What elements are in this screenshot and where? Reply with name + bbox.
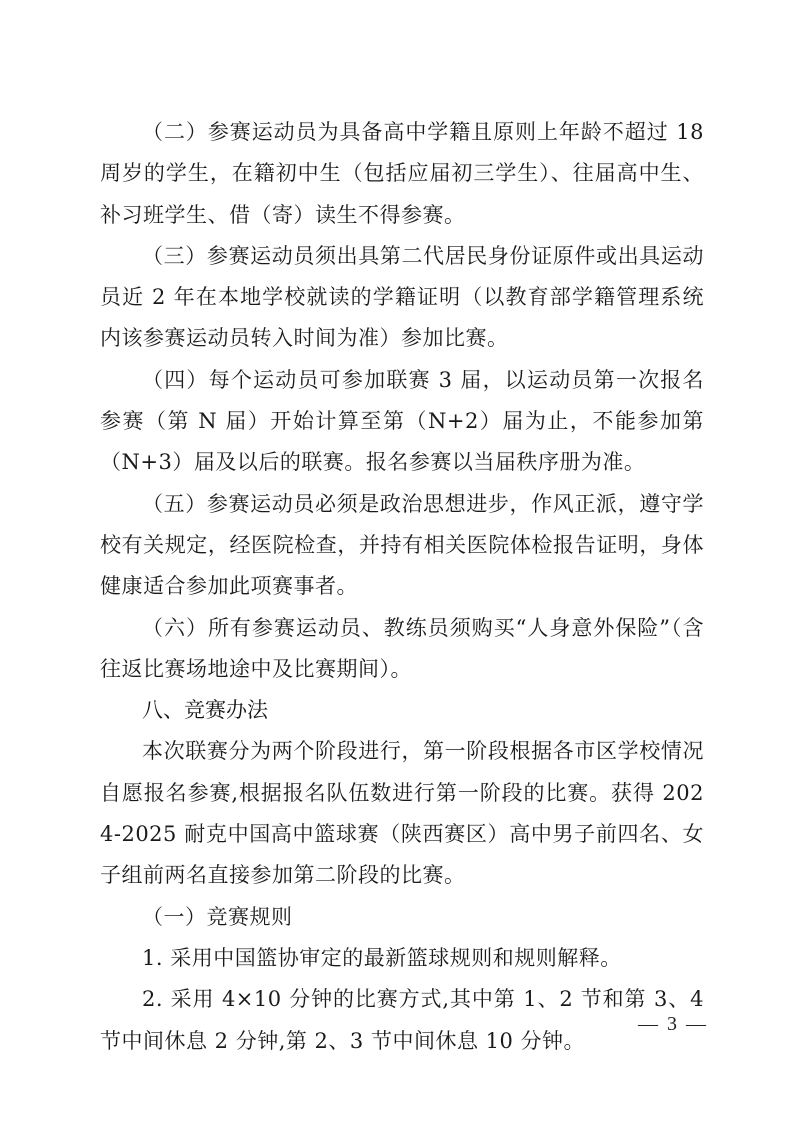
subheading-competition-rules: （一）竞赛规则 bbox=[100, 897, 704, 938]
paragraph-conduct-health: （五）参赛运动员必须是政治思想进步，作风正派，遵守学校有关规定，经医院检查，并持… bbox=[100, 484, 704, 608]
rule-item-2: 2. 采用 4×10 分钟的比赛方式,其中第 1、2 节和第 3、4 节中间休息… bbox=[100, 979, 704, 1062]
paragraph-participation-limit: （四）每个运动员可参加联赛 3 届，以运动员第一次报名参赛（第 N 届）开始计算… bbox=[100, 360, 704, 484]
section-heading-competition-method: 八、竞赛办法 bbox=[100, 690, 704, 731]
rule-item-1: 1. 采用中国篮协审定的最新篮球规则和规则解释。 bbox=[100, 938, 704, 979]
page-number: — 3 — bbox=[638, 1013, 708, 1036]
paragraph-id-requirement: （三）参赛运动员须出具第二代居民身份证原件或出具运动员近 2 年在本地学校就读的… bbox=[100, 236, 704, 360]
paragraph-competition-stages: 本次联赛分为两个阶段进行，第一阶段根据各市区学校情况自愿报名参赛,根据报名队伍数… bbox=[100, 731, 704, 896]
paragraph-insurance: （六）所有参赛运动员、教练员须购买“人身意外保险”（含往返比赛场地途中及比赛期间… bbox=[100, 608, 704, 691]
document-body: （二）参赛运动员为具备高中学籍且原则上年龄不超过 18 周岁的学生，在籍初中生（… bbox=[100, 112, 704, 1062]
paragraph-eligibility-age: （二）参赛运动员为具备高中学籍且原则上年龄不超过 18 周岁的学生，在籍初中生（… bbox=[100, 112, 704, 236]
